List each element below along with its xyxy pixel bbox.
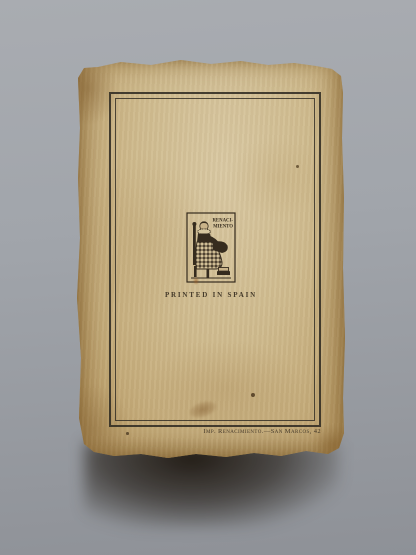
floor-book-top — [219, 268, 229, 272]
printed-in-spain-label: PRINTED IN SPAIN — [76, 291, 346, 299]
photo-stage: RENACI- MIENTO — [0, 0, 416, 555]
printer-imprint-line: Imp. Renacimiento.—San Marcos, 42 — [203, 428, 321, 435]
book-back-cover: RENACI- MIENTO — [76, 58, 346, 460]
floor-book-bottom — [217, 271, 230, 275]
stain-speck-3 — [126, 432, 129, 435]
printer-device-woodcut: RENACI- MIENTO — [186, 212, 236, 283]
emblem-text-line1: RENACI- — [212, 219, 233, 224]
figure-ruff-collar — [198, 229, 211, 234]
printer-device-emblem: RENACI- MIENTO — [186, 212, 236, 283]
emblem-text-line2: MIENTO — [213, 225, 233, 230]
chair-rear-leg — [207, 269, 210, 278]
